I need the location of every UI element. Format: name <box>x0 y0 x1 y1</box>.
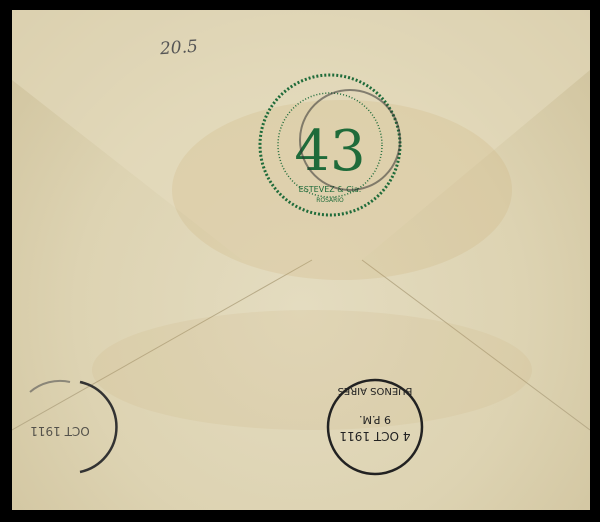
pencil-note: 20.5 <box>159 37 198 60</box>
svg-text:OCT 1911: OCT 1911 <box>30 424 90 438</box>
svg-text:9 P.M.: 9 P.M. <box>359 413 391 426</box>
svg-text:ROSARIO: ROSARIO <box>316 197 344 204</box>
svg-text:43: 43 <box>294 119 365 184</box>
svg-text:4 OCT 1911: 4 OCT 1911 <box>340 429 411 443</box>
svg-text:BUENOS AIRES: BUENOS AIRES <box>338 385 413 396</box>
postmark-buenos-aires-1: 4 OCT 1911 9 P.M. BUENOS AIRES <box>320 372 430 482</box>
seal-43: 43 ESTEVEZ & Cia. ROSARIO <box>255 70 405 220</box>
postmark-buenos-aires-2: OCT 1911 <box>10 372 130 482</box>
